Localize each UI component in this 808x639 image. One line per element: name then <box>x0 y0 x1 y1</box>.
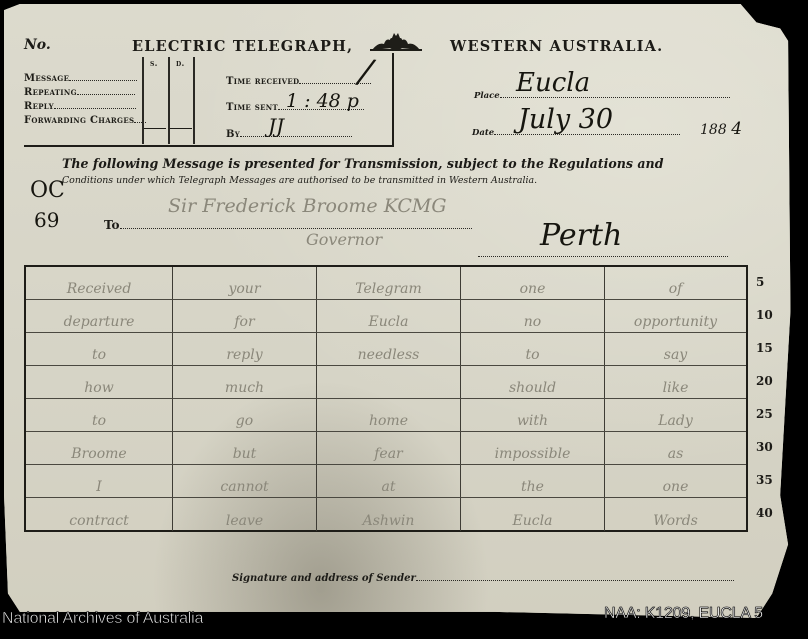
charges-divider-right <box>193 57 195 144</box>
message-word-cell: Eucla <box>460 498 604 531</box>
message-word-cell: how <box>26 366 172 398</box>
message-word-cell: should <box>460 366 604 398</box>
word-count-marker: 20 <box>756 374 773 388</box>
word-count-marker: 25 <box>756 407 773 421</box>
message-word-cell: to <box>26 399 172 431</box>
message-word-cell: Words <box>604 498 746 531</box>
message-row: Broomebutfearimpossibleas <box>26 432 746 465</box>
coat-of-arms-icon <box>368 30 424 52</box>
message-word-cell: no <box>460 300 604 332</box>
by-value: JJ <box>268 114 284 138</box>
message-word-cell: the <box>460 465 604 497</box>
message-row: howmuchshouldlike <box>26 366 746 399</box>
message-word-cell: Ashwin <box>316 498 460 531</box>
title-electric-telegraph: ELECTRIC TELEGRAPH, <box>132 38 353 55</box>
destination-value: Perth <box>540 218 622 253</box>
word-count-marker: 5 <box>756 275 764 289</box>
message-word-cell: contract <box>26 498 172 531</box>
message-row: Icannotattheone <box>26 465 746 498</box>
message-word-cell: reply <box>172 333 316 365</box>
message-word-cell: opportunity <box>604 300 746 332</box>
message-word-cell: for <box>172 300 316 332</box>
message-word-cell: your <box>172 267 316 299</box>
message-word-cell: leave <box>172 498 316 531</box>
word-count-marker: 35 <box>756 473 773 487</box>
to-field: To <box>104 218 472 232</box>
message-word-cell: go <box>172 399 316 431</box>
charge-row-repeating: Repeating <box>24 86 135 98</box>
message-word-cell: Lady <box>604 399 746 431</box>
to-value-title: Governor <box>306 230 382 249</box>
time-received-field: Time received <box>226 75 371 87</box>
transmission-notice-line1: The following Message is presented for T… <box>62 156 664 171</box>
word-count-marker: 10 <box>756 308 773 322</box>
transmission-notice-line2: Conditions under which Telegraph Message… <box>62 175 537 186</box>
word-count-marker: 15 <box>756 341 773 355</box>
charges-total-line-d <box>170 128 192 129</box>
message-word-cell: much <box>172 366 316 398</box>
message-grid: ReceivedyourTelegramoneofdepartureforEuc… <box>24 265 748 532</box>
message-word-cell: at <box>316 465 460 497</box>
header-box-bottom-border <box>24 145 394 147</box>
message-row: departureforEuclanoopportunity <box>26 300 746 333</box>
message-word-cell: Telegram <box>316 267 460 299</box>
charge-row-reply: Reply <box>24 100 136 112</box>
title-western-australia: WESTERN AUSTRALIA. <box>450 38 663 55</box>
sender-signature-field: Signature and address of Sender <box>232 572 734 584</box>
margin-note-69: 69 <box>34 208 59 232</box>
message-word-cell: I <box>26 465 172 497</box>
message-row: contractleaveAshwinEuclaWords <box>26 498 746 531</box>
message-word-cell <box>316 366 460 398</box>
year-field: 188 4 <box>700 119 742 139</box>
message-word-cell: one <box>460 267 604 299</box>
place-field: Place <box>474 89 730 101</box>
message-word-cell: to <box>26 333 172 365</box>
by-field: By <box>226 128 352 140</box>
message-word-cell: of <box>604 267 746 299</box>
word-count-marker: 40 <box>756 506 773 520</box>
archive-reference-watermark: NAA: K1209, EUCLA 5 <box>604 605 763 623</box>
charges-divider-mid <box>168 57 170 144</box>
message-word-cell: with <box>460 399 604 431</box>
message-row: toreplyneedlesstosay <box>26 333 746 366</box>
margin-note-oc: OC <box>30 178 65 203</box>
charges-total-line-s <box>144 128 166 129</box>
to-value-addressee: Sir Frederick Broome KCMG <box>168 195 447 217</box>
shillings-header: s. <box>150 58 158 68</box>
message-word-cell: cannot <box>172 465 316 497</box>
header-box-right-border <box>392 53 394 146</box>
word-count-marker: 30 <box>756 440 773 454</box>
form-number-label: No. <box>24 37 51 53</box>
time-sent-value: 1 : 48 p <box>286 90 359 112</box>
place-value: Eucla <box>516 68 590 98</box>
message-word-cell: but <box>172 432 316 464</box>
message-word-cell: Received <box>26 267 172 299</box>
message-word-cell: impossible <box>460 432 604 464</box>
message-word-cell: home <box>316 399 460 431</box>
charge-row-message: Message <box>24 72 137 84</box>
message-word-cell: Eucla <box>316 300 460 332</box>
date-value: July 30 <box>518 104 613 135</box>
message-word-cell: departure <box>26 300 172 332</box>
message-word-cell: like <box>604 366 746 398</box>
charges-divider-left <box>142 57 144 144</box>
charge-row-forwarding: Forwarding Charges <box>24 114 146 126</box>
message-row: togohomewithLady <box>26 399 746 432</box>
message-word-cell: Broome <box>26 432 172 464</box>
message-word-cell: to <box>460 333 604 365</box>
message-word-cell: as <box>604 432 746 464</box>
message-row: ReceivedyourTelegramoneof <box>26 267 746 300</box>
message-word-cell: one <box>604 465 746 497</box>
archive-watermark-left: National Archives of Australia <box>2 610 203 628</box>
pence-header: d. <box>176 58 185 68</box>
message-word-cell: needless <box>316 333 460 365</box>
message-word-cell: fear <box>316 432 460 464</box>
message-word-cell: say <box>604 333 746 365</box>
